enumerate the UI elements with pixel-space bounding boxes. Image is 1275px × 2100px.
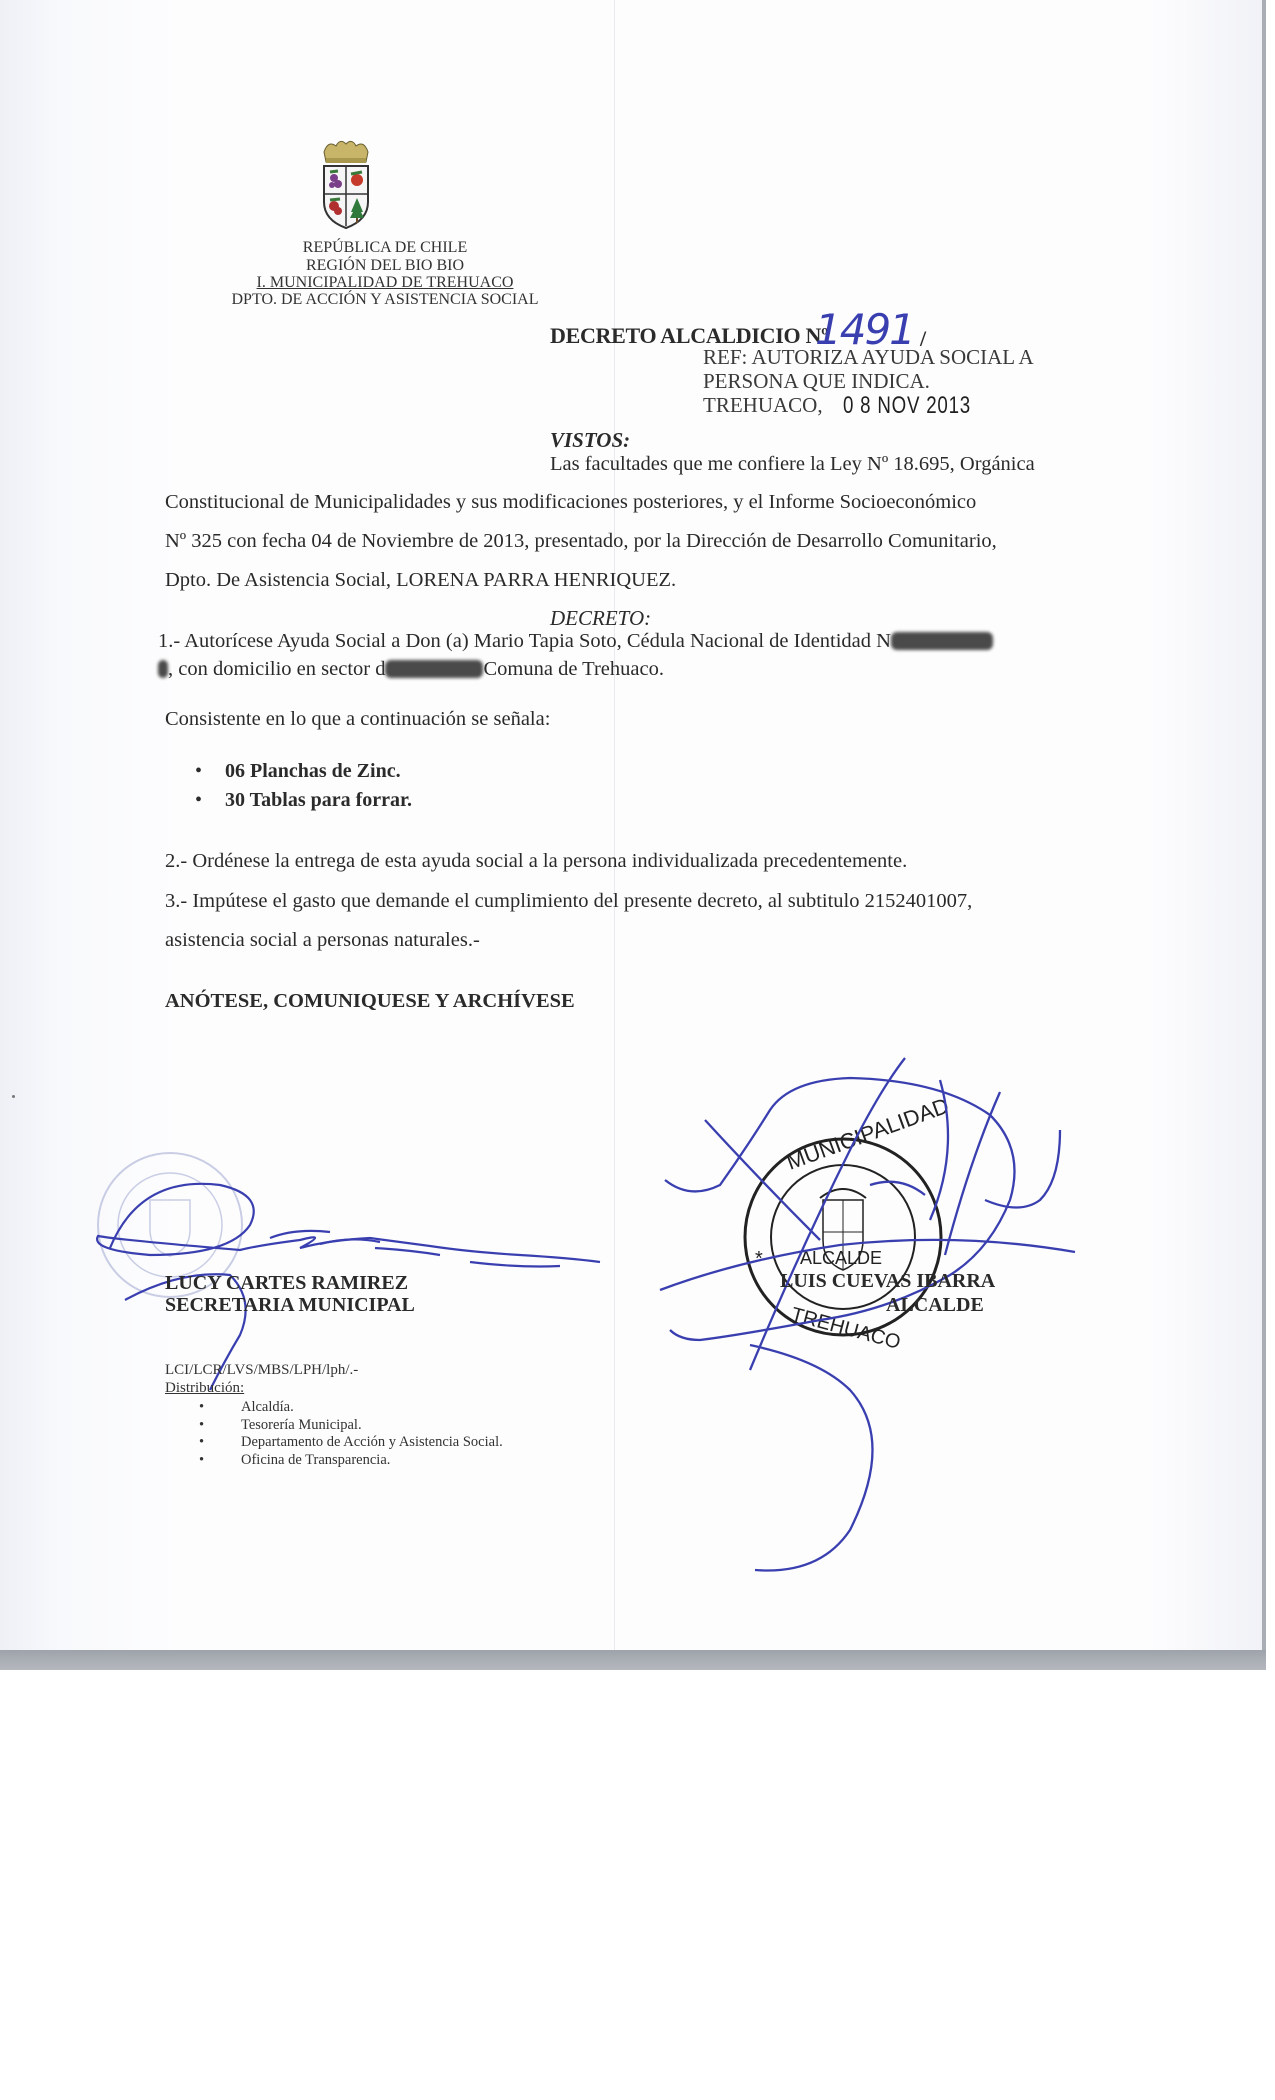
aid-item: 30 Tablas para forrar. <box>195 789 412 812</box>
mayor-name: LUIS CUEVAS IBARRA <box>780 1270 995 1293</box>
vistos-line: Nº 325 con fecha 04 de Noviembre de 2013… <box>165 530 997 553</box>
aid-item: 06 Planchas de Zinc. <box>195 760 412 783</box>
header-department: DPTO. DE ACCIÓN Y ASISTENCIA SOCIAL <box>228 291 542 308</box>
scanned-page <box>0 0 1266 1650</box>
article-3-line-2: asistencia social a personas naturales.- <box>165 929 480 952</box>
distribution-list: Alcaldía. Tesorería Municipal. Departame… <box>195 1399 503 1469</box>
header-region: REGIÓN DEL BIO BIO <box>240 257 530 274</box>
vistos-line: Dpto. De Asistencia Social, LORENA PARRA… <box>165 569 676 592</box>
header-municipality: I. MUNICIPALIDAD DE TREHUACO <box>240 274 530 291</box>
vistos-heading: VISTOS: <box>550 428 630 453</box>
ref-line-2: PERSONA QUE INDICA. <box>703 370 930 393</box>
distribution-item: Oficina de Transparencia. <box>195 1452 503 1470</box>
secretary-name: LUCY CARTES RAMIREZ <box>165 1272 408 1295</box>
article-3-line-1: 3.- Impútese el gasto que demande el cum… <box>165 890 972 913</box>
distribution-item: Tesorería Municipal. <box>195 1417 503 1435</box>
decreto-heading: DECRETO: <box>550 606 651 631</box>
secretary-role: SECRETARIA MUNICIPAL <box>165 1294 415 1317</box>
header-country: REPÚBLICA DE CHILE <box>240 239 530 256</box>
redacted-id <box>891 632 993 650</box>
aid-items-list: 06 Planchas de Zinc. 30 Tablas para forr… <box>195 760 412 818</box>
speck <box>12 1095 15 1098</box>
page-fold-line <box>614 0 615 1650</box>
vistos-line: Constitucional de Municipalidades y sus … <box>165 491 976 514</box>
stamped-date: 0 8 NOV 2013 <box>843 392 971 420</box>
vistos-line: Las facultades que me confiere la Ley Nº… <box>550 453 1035 476</box>
article-1-address-suffix: Comuna de Trehuaco. <box>483 658 664 680</box>
distribution-item: Departamento de Acción y Asistencia Soci… <box>195 1434 503 1452</box>
article-1-line-2: , con domicilio en sector dComuna de Tre… <box>158 658 664 681</box>
closing-formula: ANÓTESE, COMUNIQUESE Y ARCHÍVESE <box>165 990 575 1013</box>
article-1-address-prefix: , con domicilio en sector d <box>168 658 385 680</box>
distribution-label: Distribución: <box>165 1380 244 1397</box>
municipal-coat-of-arms-icon <box>318 138 374 230</box>
article-2: 2.- Ordénese la entrega de esta ayuda so… <box>165 850 907 873</box>
ref-line-1: REF: AUTORIZA AYUDA SOCIAL A <box>703 346 1034 369</box>
consist-label: Consistente en lo que a continuación se … <box>165 708 550 731</box>
distribution-item: Alcaldía. <box>195 1399 503 1417</box>
redacted-id-end <box>158 660 168 678</box>
article-1-text: 1.- Autorícese Ayuda Social a Don (a) Ma… <box>158 630 891 652</box>
initials-reference: LCI/LCR/LVS/MBS/LPH/lph/.- <box>165 1362 358 1379</box>
mayor-role: ALCALDE <box>886 1294 984 1317</box>
scanner-bed-edge <box>0 1650 1266 1670</box>
article-1-line-1: 1.- Autorícese Ayuda Social a Don (a) Ma… <box>158 630 993 653</box>
redacted-sector <box>385 660 483 678</box>
ref-place: TREHUACO, <box>703 394 823 417</box>
